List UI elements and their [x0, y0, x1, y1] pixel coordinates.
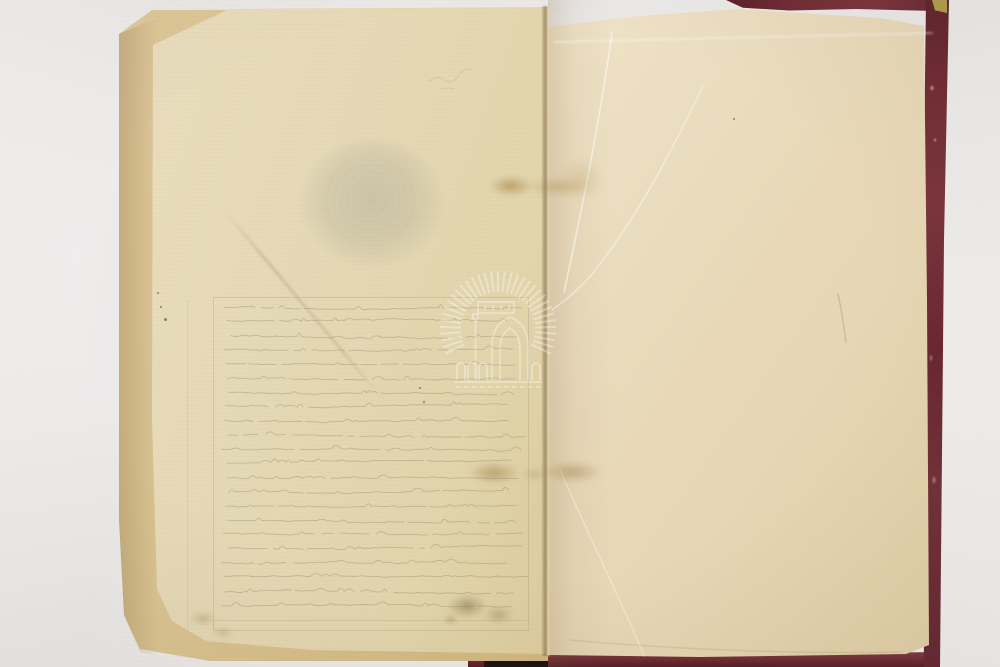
stain-left-bottom	[436, 586, 528, 634]
ink-speck	[157, 292, 159, 294]
stain-bottom-corner	[180, 604, 246, 646]
right-page-creases	[540, 0, 940, 667]
ink-speck	[733, 118, 735, 120]
ink-speck	[164, 318, 167, 321]
ink-speck	[419, 387, 421, 389]
photo-scene	[0, 0, 1000, 667]
library-watermark-icon	[432, 262, 564, 400]
stain-across-gutter-upper	[485, 164, 603, 208]
ink-speck	[160, 306, 162, 308]
ink-speck	[423, 401, 425, 403]
stain-across-gutter-lower	[460, 448, 616, 496]
